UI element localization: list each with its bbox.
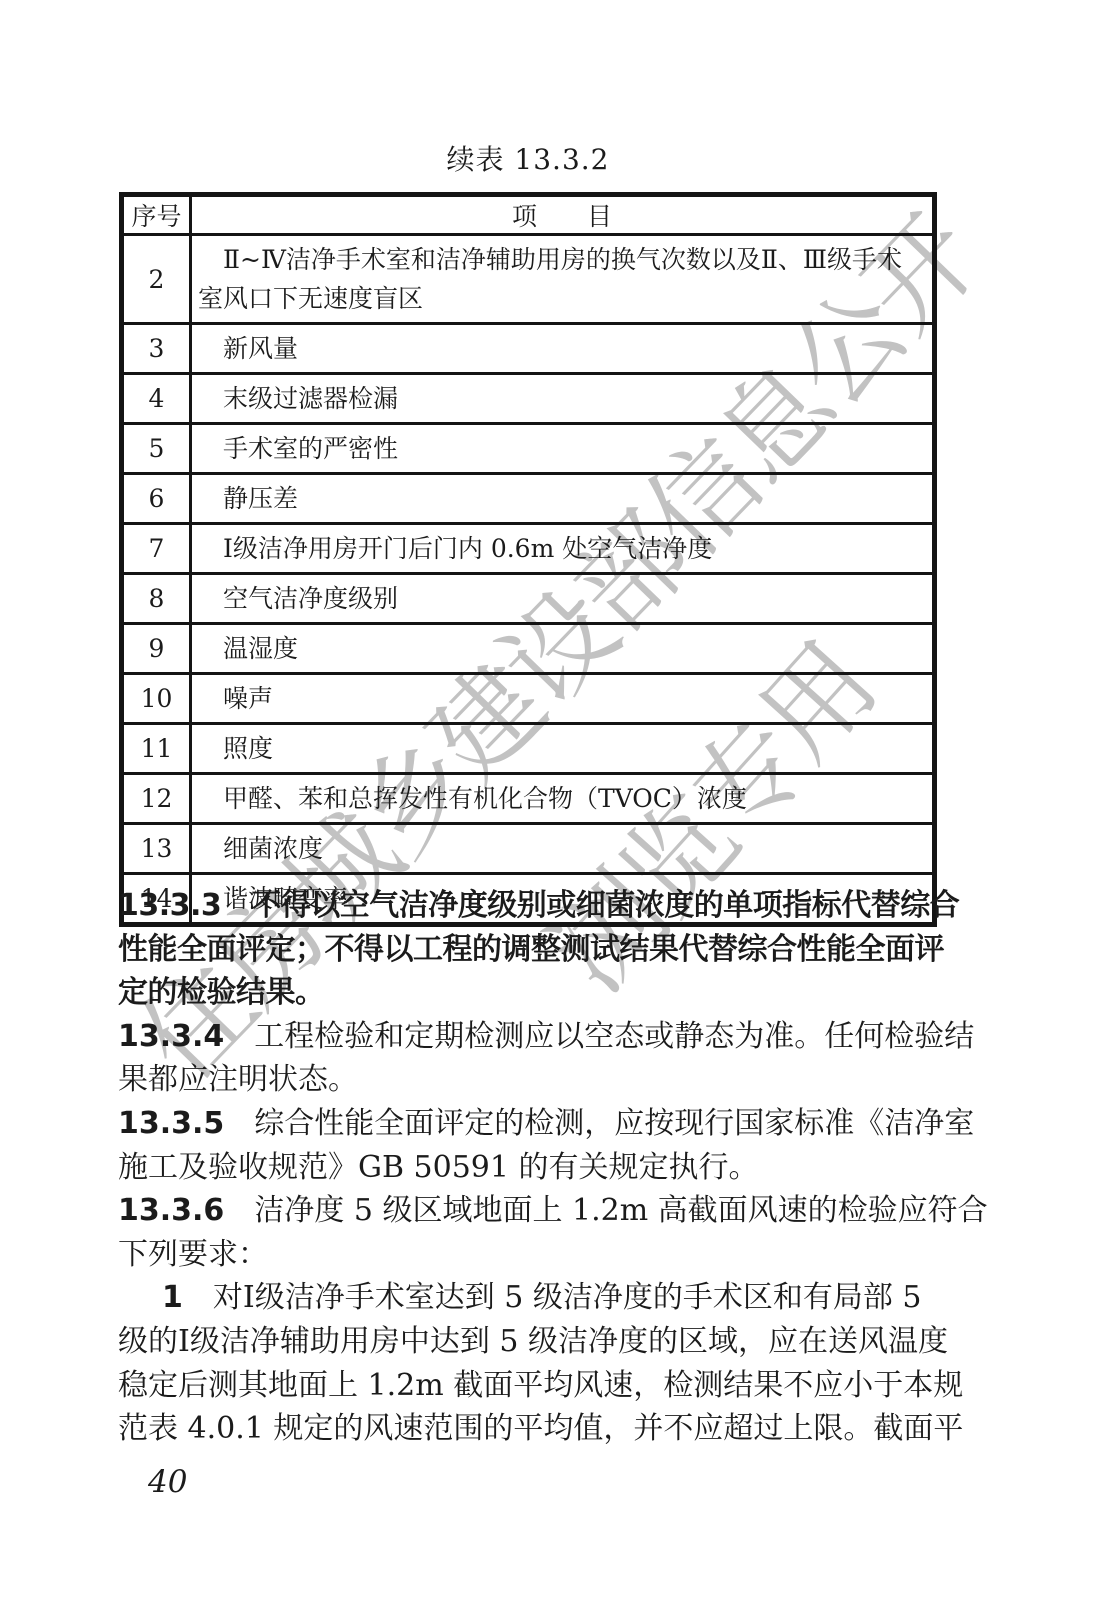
- table-row: 9 温湿度: [122, 624, 935, 674]
- row-item: 温湿度: [191, 624, 935, 674]
- clause-line: 性能全面评定；不得以工程的调整测试结果代替综合性能全面评: [118, 928, 940, 972]
- row-item: 细菌浓度: [191, 824, 935, 874]
- clause-text: 工程检验和定期检测应以空态或静态为准。任何检验结: [254, 1019, 974, 1054]
- row-number: 9: [122, 624, 191, 674]
- table-row: 7 Ⅰ级洁净用房开门后门内 0.6m 处空气洁净度: [122, 524, 935, 574]
- table-row: 8 空气洁净度级别: [122, 574, 935, 624]
- item-number: 1: [162, 1280, 183, 1315]
- row-item: 空气洁净度级别: [191, 574, 935, 624]
- row-number: 8: [122, 574, 191, 624]
- clause-text: 下列要求：: [118, 1237, 268, 1272]
- table-row: 10 噪声: [122, 674, 935, 724]
- clause-text: 稳定后测其地面上 1.2m 截面平均风速，检测结果不应小于本规: [118, 1368, 963, 1403]
- table-row: 4 末级过滤器检漏: [122, 374, 935, 424]
- clause-line: 13.3.3不得以空气洁净度级别或细菌浓度的单项指标代替综合: [118, 884, 940, 928]
- clause-text: 级的Ⅰ级洁净辅助用房中达到 5 级洁净度的区域，应在送风温度: [118, 1324, 948, 1359]
- row-item: 照度: [191, 724, 935, 774]
- clause-line: 13.3.4工程检验和定期检测应以空态或静态为准。任何检验结: [118, 1015, 940, 1059]
- clause-text: 洁净度 5 级区域地面上 1.2m 高截面风速的检验应符合: [254, 1193, 987, 1228]
- clause-line: 范表 4.0.1 规定的风速范围的平均值，并不应超过上限。截面平: [118, 1407, 940, 1451]
- clause-paragraphs: 13.3.3不得以空气洁净度级别或细菌浓度的单项指标代替综合 性能全面评定；不得…: [118, 884, 940, 1451]
- table-row: 12 甲醛、苯和总挥发性有机化合物（TVOC）浓度: [122, 774, 935, 824]
- clause-text: 果都应注明状态。: [118, 1062, 358, 1097]
- clause-text: 不得以空气洁净度级别或细菌浓度的单项指标代替综合: [251, 888, 959, 923]
- clause-text: 范表 4.0.1 规定的风速范围的平均值，并不应超过上限。截面平: [118, 1411, 963, 1446]
- row-item: 末级过滤器检漏: [191, 374, 935, 424]
- clause-line: 13.3.6洁净度 5 级区域地面上 1.2m 高截面风速的检验应符合: [118, 1189, 940, 1233]
- table-row: 3 新风量: [122, 324, 935, 374]
- continuation-table: 序号 项 目 2 Ⅱ~Ⅳ洁净手术室和洁净辅助用房的换气次数以及Ⅱ、Ⅲ级手术室风口…: [119, 192, 937, 927]
- row-number: 10: [122, 674, 191, 724]
- row-number: 5: [122, 424, 191, 474]
- row-number: 6: [122, 474, 191, 524]
- row-number: 3: [122, 324, 191, 374]
- row-item: 甲醛、苯和总挥发性有机化合物（TVOC）浓度: [191, 774, 935, 824]
- clause-line: 稳定后测其地面上 1.2m 截面平均风速，检测结果不应小于本规: [118, 1364, 940, 1408]
- row-item: Ⅰ级洁净用房开门后门内 0.6m 处空气洁净度: [191, 524, 935, 574]
- page-number: 40: [148, 1464, 187, 1500]
- row-number: 4: [122, 374, 191, 424]
- clause-line: 下列要求：: [118, 1233, 940, 1277]
- clause-number: 13.3.5: [118, 1106, 224, 1141]
- clause-number: 13.3.4: [118, 1019, 224, 1054]
- header-cell-item: 项 目: [191, 195, 935, 235]
- clause-text: 定的检验结果。: [118, 975, 325, 1010]
- header-cell-no: 序号: [122, 195, 191, 235]
- clause-line: 果都应注明状态。: [118, 1058, 940, 1102]
- table-row: 5 手术室的严密性: [122, 424, 935, 474]
- clause-text: 性能全面评定；不得以工程的调整测试结果代替综合性能全面评: [118, 932, 944, 967]
- row-item: 手术室的严密性: [191, 424, 935, 474]
- row-item: 新风量: [191, 324, 935, 374]
- clause-number: 13.3.6: [118, 1193, 224, 1228]
- clause-line: 施工及验收规范》GB 50591 的有关规定执行。: [118, 1146, 940, 1190]
- clause-line: 1对Ⅰ级洁净手术室达到 5 级洁净度的手术区和有局部 5: [118, 1276, 940, 1320]
- row-number: 13: [122, 824, 191, 874]
- table-header-row: 序号 项 目: [122, 195, 935, 235]
- row-number: 11: [122, 724, 191, 774]
- table-row: 11 照度: [122, 724, 935, 774]
- table-row: 6 静压差: [122, 474, 935, 524]
- clause-text: 对Ⅰ级洁净手术室达到 5 级洁净度的手术区和有局部 5: [213, 1280, 922, 1315]
- clause-number: 13.3.3: [118, 888, 221, 923]
- row-number: 2: [122, 235, 191, 324]
- row-number: 12: [122, 774, 191, 824]
- clause-text: 综合性能全面评定的检测，应按现行国家标准《洁净室: [254, 1106, 974, 1141]
- row-item: Ⅱ~Ⅳ洁净手术室和洁净辅助用房的换气次数以及Ⅱ、Ⅲ级手术室风口下无速度盲区: [191, 235, 935, 324]
- row-item: 静压差: [191, 474, 935, 524]
- clause-line: 13.3.5综合性能全面评定的检测，应按现行国家标准《洁净室: [118, 1102, 940, 1146]
- row-number: 7: [122, 524, 191, 574]
- table-row: 2 Ⅱ~Ⅳ洁净手术室和洁净辅助用房的换气次数以及Ⅱ、Ⅲ级手术室风口下无速度盲区: [122, 235, 935, 324]
- table-title: 续表 13.3.2: [119, 138, 937, 178]
- row-item: 噪声: [191, 674, 935, 724]
- table-row: 13 细菌浓度: [122, 824, 935, 874]
- clause-text: 施工及验收规范》GB 50591 的有关规定执行。: [118, 1150, 759, 1185]
- clause-line: 定的检验结果。: [118, 971, 940, 1015]
- clause-line: 级的Ⅰ级洁净辅助用房中达到 5 级洁净度的区域，应在送风温度: [118, 1320, 940, 1364]
